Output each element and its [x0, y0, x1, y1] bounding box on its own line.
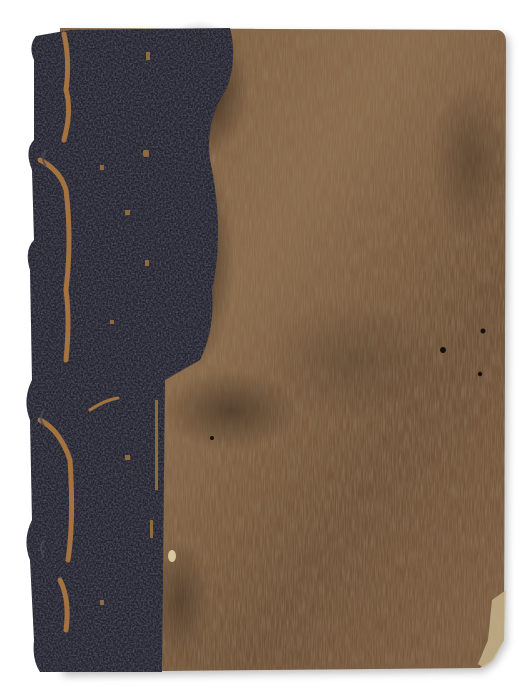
book-illustration [0, 0, 529, 700]
book-photo: Antique book with wooden board cover and… [0, 0, 529, 700]
